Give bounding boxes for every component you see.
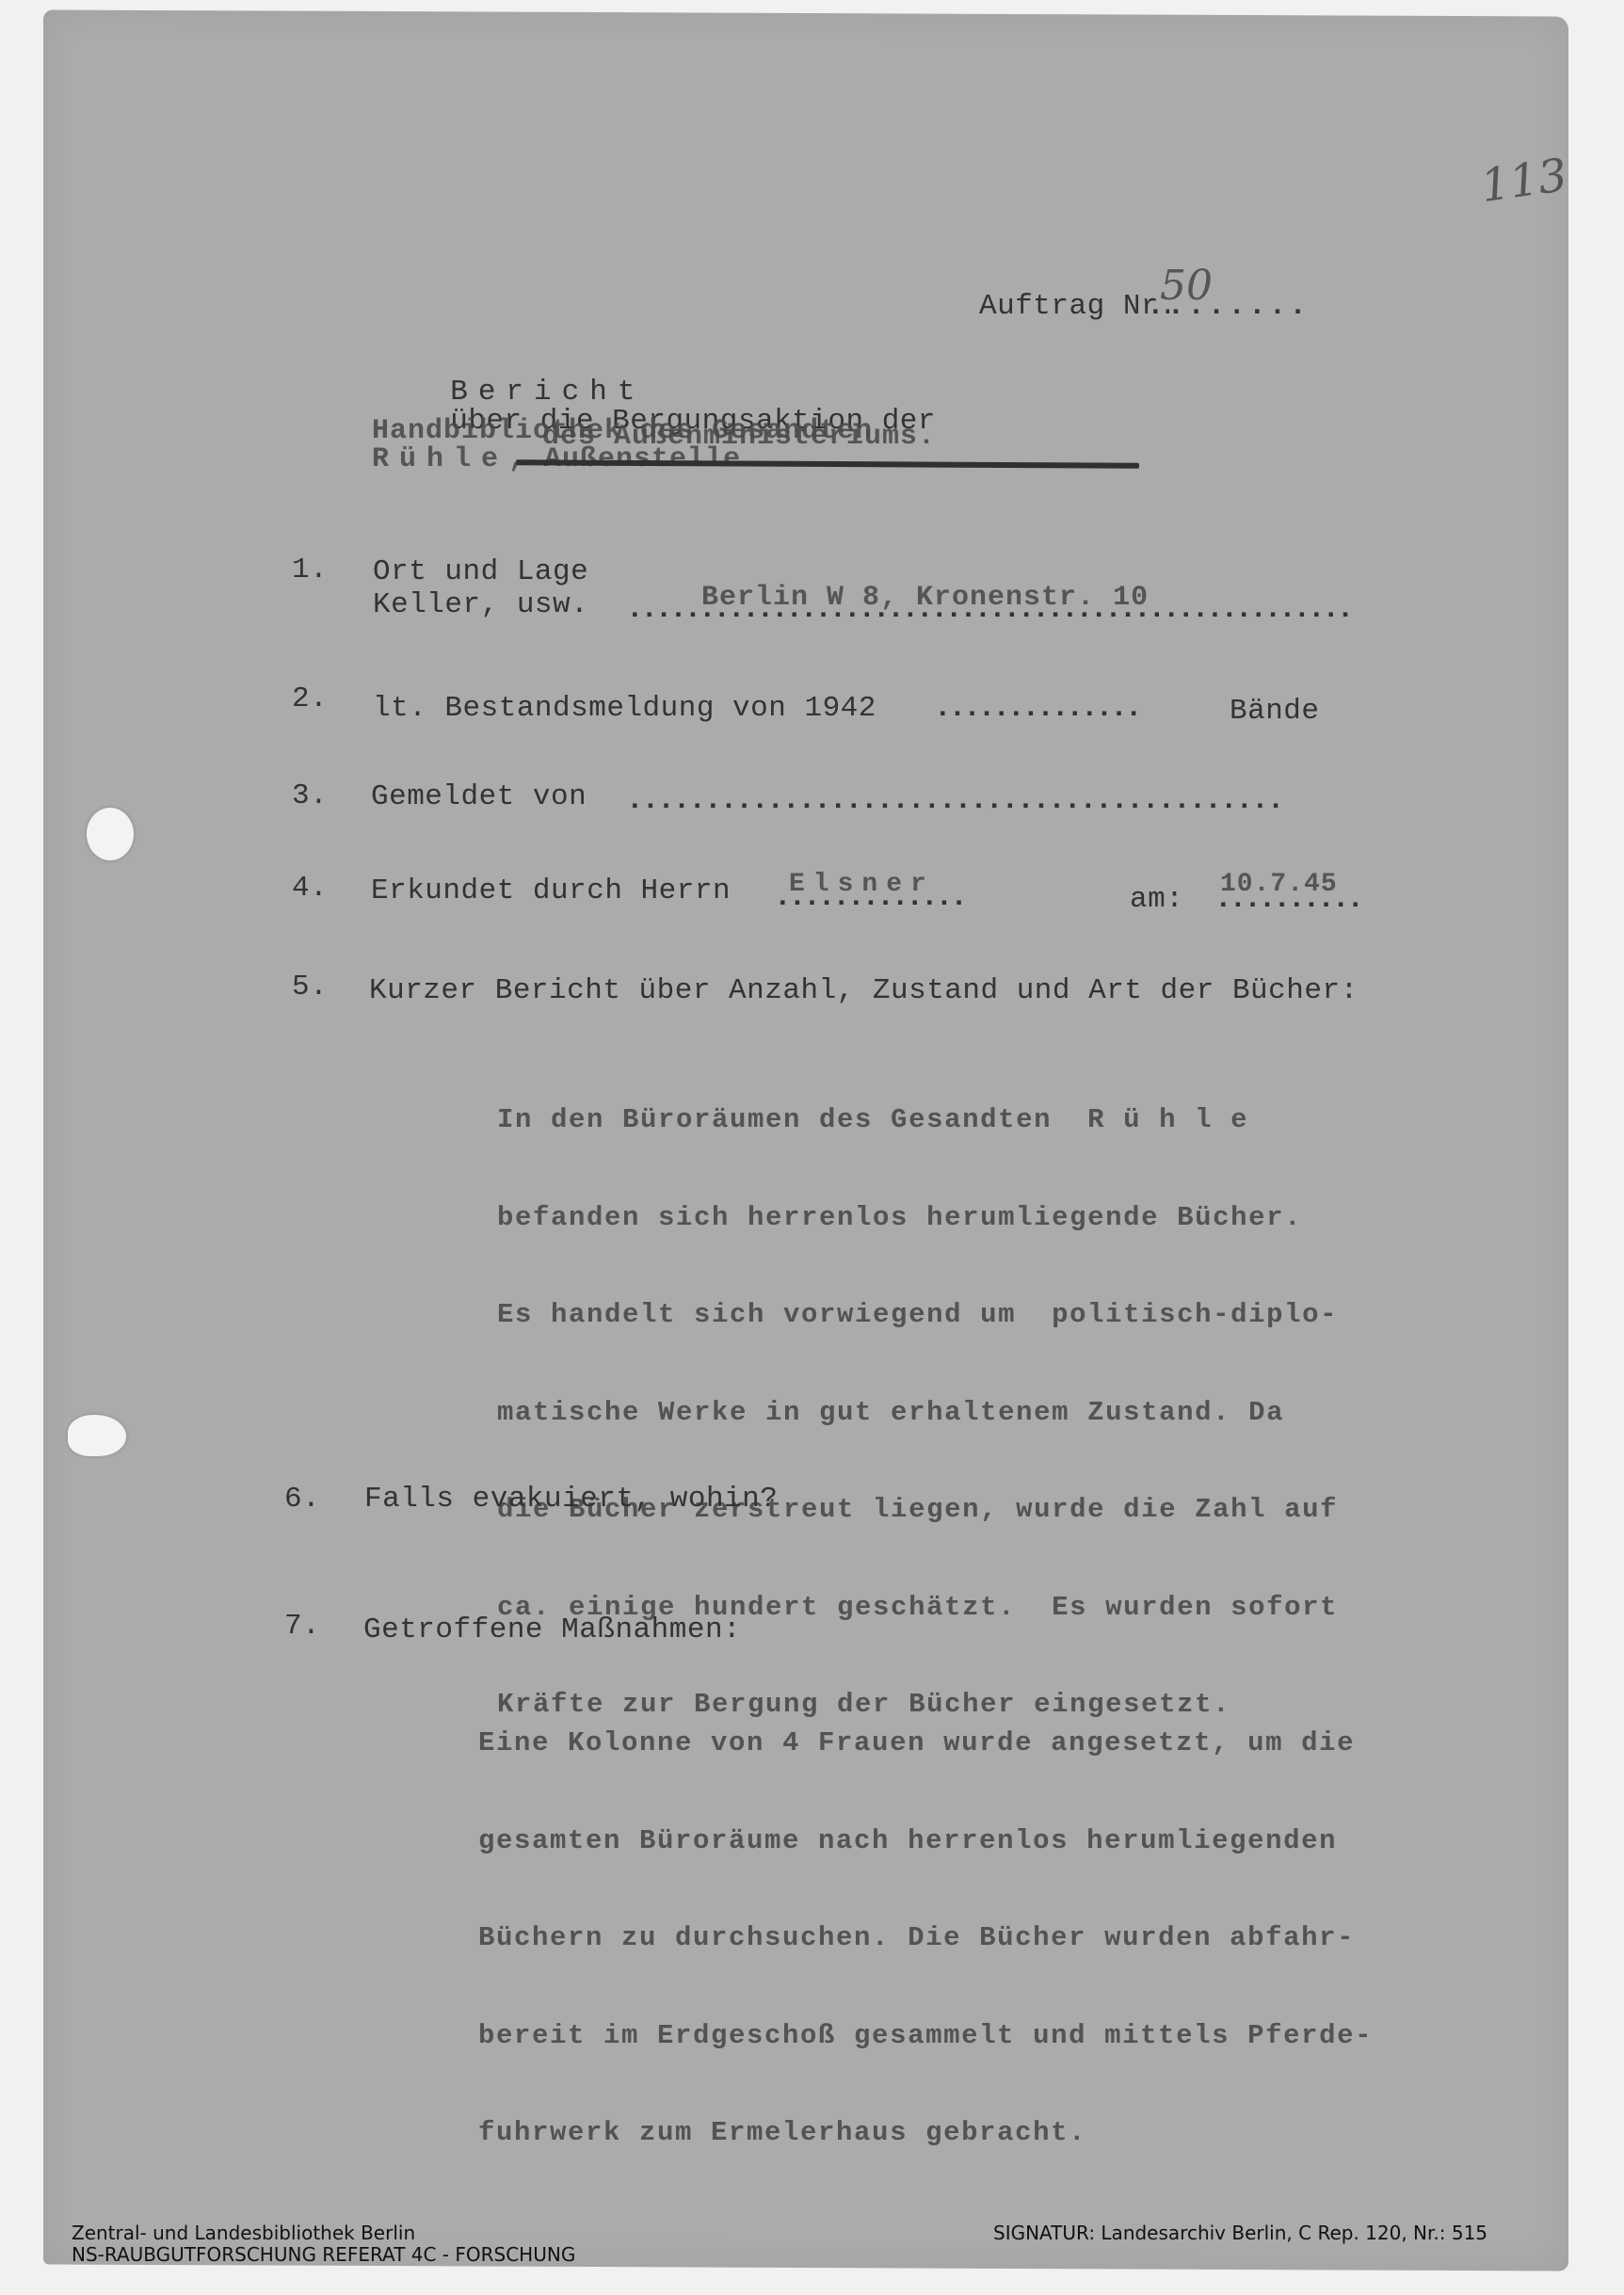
item-5-body: In den Büroräumen des Gesandten R ü h l … [497, 1039, 1338, 1754]
item-1-number: 1. [292, 555, 328, 585]
item-7-label: Getroffene Maßnahmen: [363, 1615, 741, 1645]
item-1-label-line-1: Ort und Lage [373, 557, 588, 586]
item-7-number: 7. [284, 1612, 320, 1641]
item-7-body-line: Eine Kolonne von 4 Frauen wurde angesetz… [478, 1727, 1373, 1760]
item-3-number: 3. [292, 781, 328, 810]
item-3-dots: ........................................… [626, 786, 1282, 815]
item-4-label: Erkundet durch Herrn [371, 876, 731, 906]
footer-library-name: Zentral- und Landesbibliothek Berlin [72, 2223, 415, 2242]
item-4-number: 4. [292, 874, 328, 903]
item-6-number: 6. [284, 1485, 320, 1514]
item-7-body-line: fuhrwerk zum Ermelerhaus gebracht. [478, 2117, 1373, 2150]
item-1-label-line-2: Keller, usw. [373, 590, 588, 619]
footer-signatur: SIGNATUR: Landesarchiv Berlin, C Rep. 12… [993, 2223, 1487, 2242]
item-2-number: 2. [292, 684, 328, 714]
item-2-label: lt. Bestandsmeldung von 1942 [373, 694, 876, 723]
item-5-label: Kurzer Bericht über Anzahl, Zustand und … [369, 976, 1359, 1005]
item-2-suffix: Bände [1230, 697, 1320, 726]
item-5-body-line: In den Büroräumen des Gesandten R ü h l … [497, 1104, 1338, 1137]
punch-hole-upper [87, 808, 134, 860]
item-4-date-dots: .......... [1214, 885, 1361, 914]
order-number-handwritten: 50 [1160, 265, 1213, 307]
item-2-dots: .............. [934, 694, 1139, 723]
title-line-3: des Außenministeriums. [542, 423, 936, 451]
item-7-body-line: gesamten Büroräume nach herrenlos heruml… [478, 1825, 1373, 1858]
item-5-body-line: Es handelt sich vorwiegend um politisch-… [497, 1299, 1338, 1332]
item-3-label: Gemeldet von [371, 782, 587, 811]
item-6-label: Falls evakuiert, wohin? [364, 1485, 778, 1514]
title-name-ruehle: Rühle [372, 443, 508, 475]
footer-department: NS-RAUBGUTFORSCHUNG REFERAT 4C - FORSCHU… [72, 2245, 575, 2264]
page-number-handwritten: 113 [1478, 152, 1569, 209]
item-7-body: Eine Kolonne von 4 Frauen wurde angesetz… [478, 1662, 1373, 2182]
punch-hole-lower [68, 1415, 126, 1456]
item-5-number: 5. [292, 972, 328, 1002]
item-1-value: Berlin W 8, Kronenstr. 10 [701, 584, 1149, 612]
item-7-body-line: Büchern zu durchsuchen. Die Bücher wurde… [478, 1922, 1373, 1955]
item-5-body-line: matische Werke in gut erhaltenem Zustand… [497, 1397, 1338, 1430]
item-4-date-label: am: [1130, 885, 1183, 914]
item-5-body-line: befanden sich herrenlos herumliegende Bü… [497, 1202, 1338, 1235]
item-4-name-dots: ............. [774, 883, 965, 912]
item-7-body-line: bereit im Erdgeschoß gesammelt und mitte… [478, 2020, 1373, 2053]
